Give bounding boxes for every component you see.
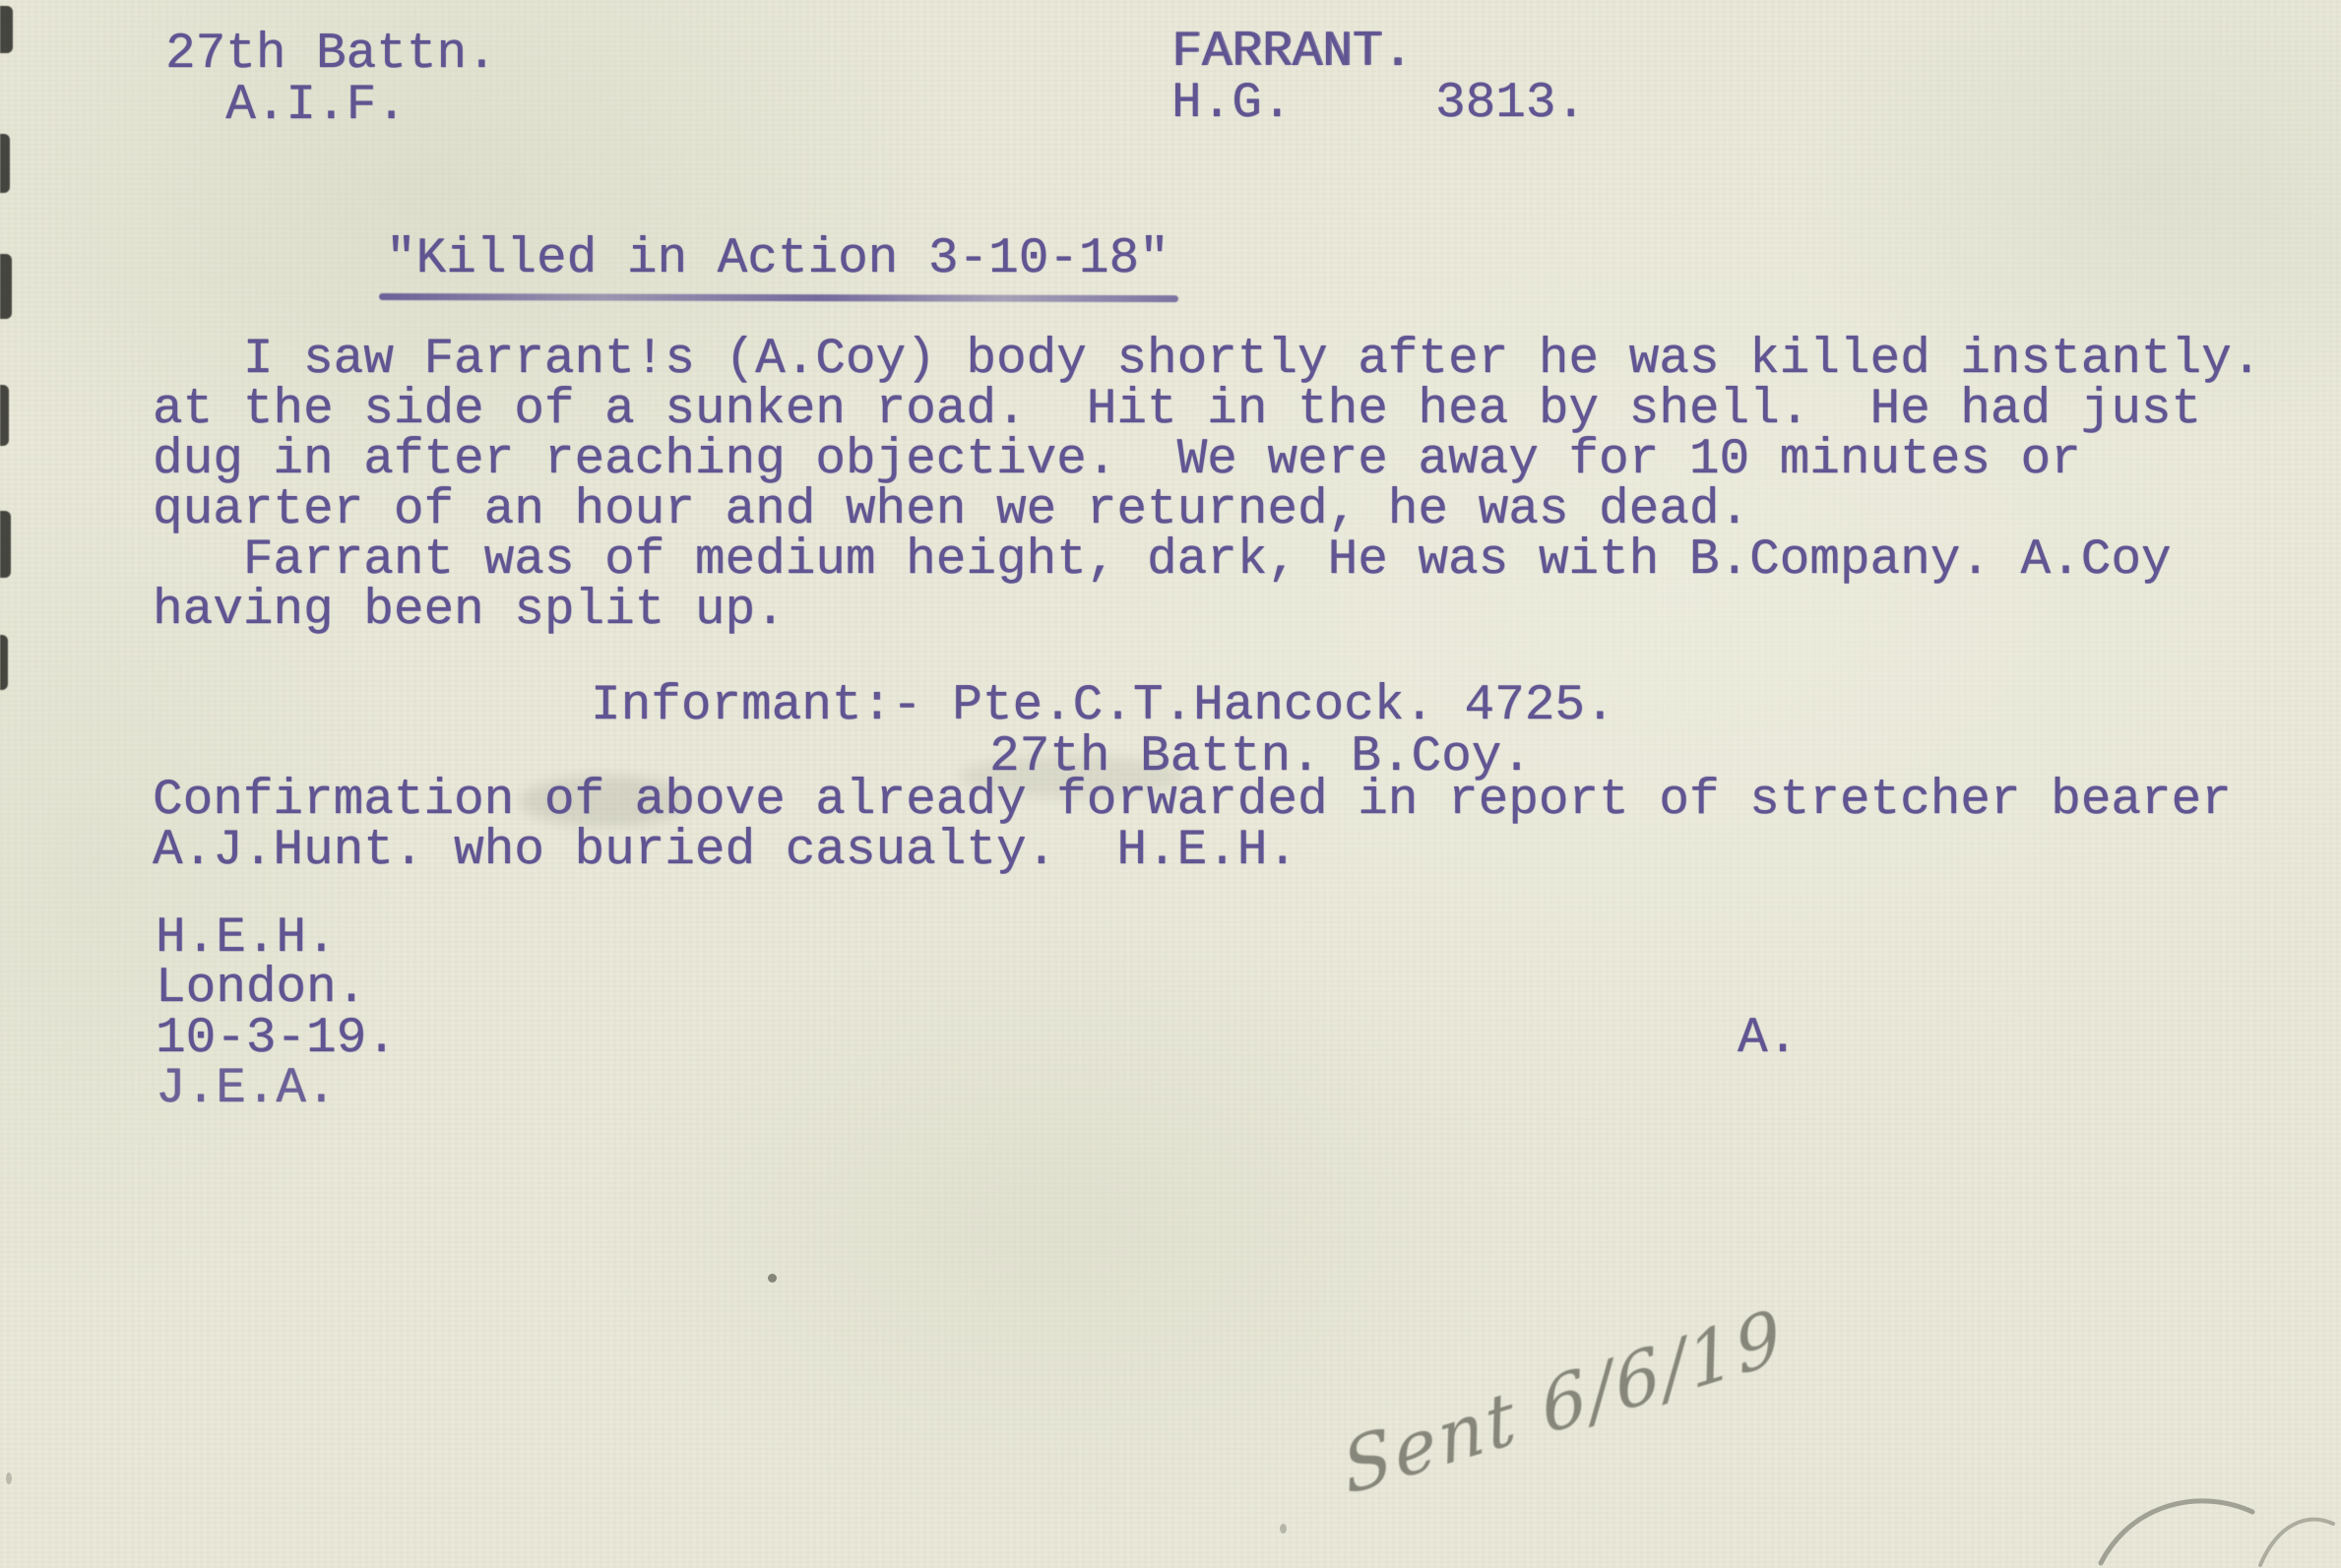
statement-line: having been split up. [153, 586, 786, 636]
paper-speck [6, 1473, 12, 1484]
service-number: 3813. [1435, 79, 1586, 129]
casualty-surname: FARRANT. [1171, 28, 1413, 78]
confirmation-line: A.J.Hunt. who buried casualty. H.E.H. [153, 826, 1297, 876]
report-title: "Killed in Action 3-10-18" [386, 234, 1170, 284]
paper-edge-mark [0, 134, 10, 193]
paper-edge-mark [0, 635, 8, 690]
signoff-initials: H.E.H. [156, 913, 337, 964]
paper-edge-mark [0, 385, 9, 446]
handwritten-sent-note: Sent 6/6/19 [1337, 1293, 1790, 1512]
statement-line: I saw Farrant!s (A.Coy) body shortly aft… [153, 335, 2261, 385]
signoff-location: London. [156, 964, 366, 1014]
signoff-typist-initials: J.E.A. [156, 1064, 337, 1114]
paper-edge-mark [0, 511, 11, 578]
casualty-initials: H.G. [1171, 79, 1292, 129]
pencil-flourish-mark [2095, 1484, 2339, 1568]
paper-edge-mark [0, 254, 12, 319]
statement-line: quarter of an hour and when we returned,… [153, 485, 1749, 535]
signoff-date: 10-3-19. [156, 1014, 397, 1064]
document-page: 27th Battn. A.I.F. FARRANT. H.G. 3813. "… [0, 0, 2341, 1568]
informant-line: Informant:- Pte.C.T.Hancock. 4725. [591, 681, 1615, 731]
unit-force: A.I.F. [165, 81, 407, 131]
unit-battalion: 27th Battn. [165, 30, 497, 80]
paper-speck [768, 1274, 777, 1283]
paper-speck [1280, 1524, 1287, 1534]
paper-edge-mark [0, 6, 13, 53]
annotation-letter: A. [1738, 1014, 1798, 1064]
confirmation-line: Confirmation of above already forwarded … [153, 776, 2232, 826]
statement-line: at the side of a sunken road. Hit in the… [153, 385, 2201, 435]
statement-line: dug in after reaching objective. We were… [153, 435, 2081, 485]
title-underline [379, 293, 1178, 302]
statement-line: Farrant was of medium height, dark, He w… [153, 535, 2172, 586]
